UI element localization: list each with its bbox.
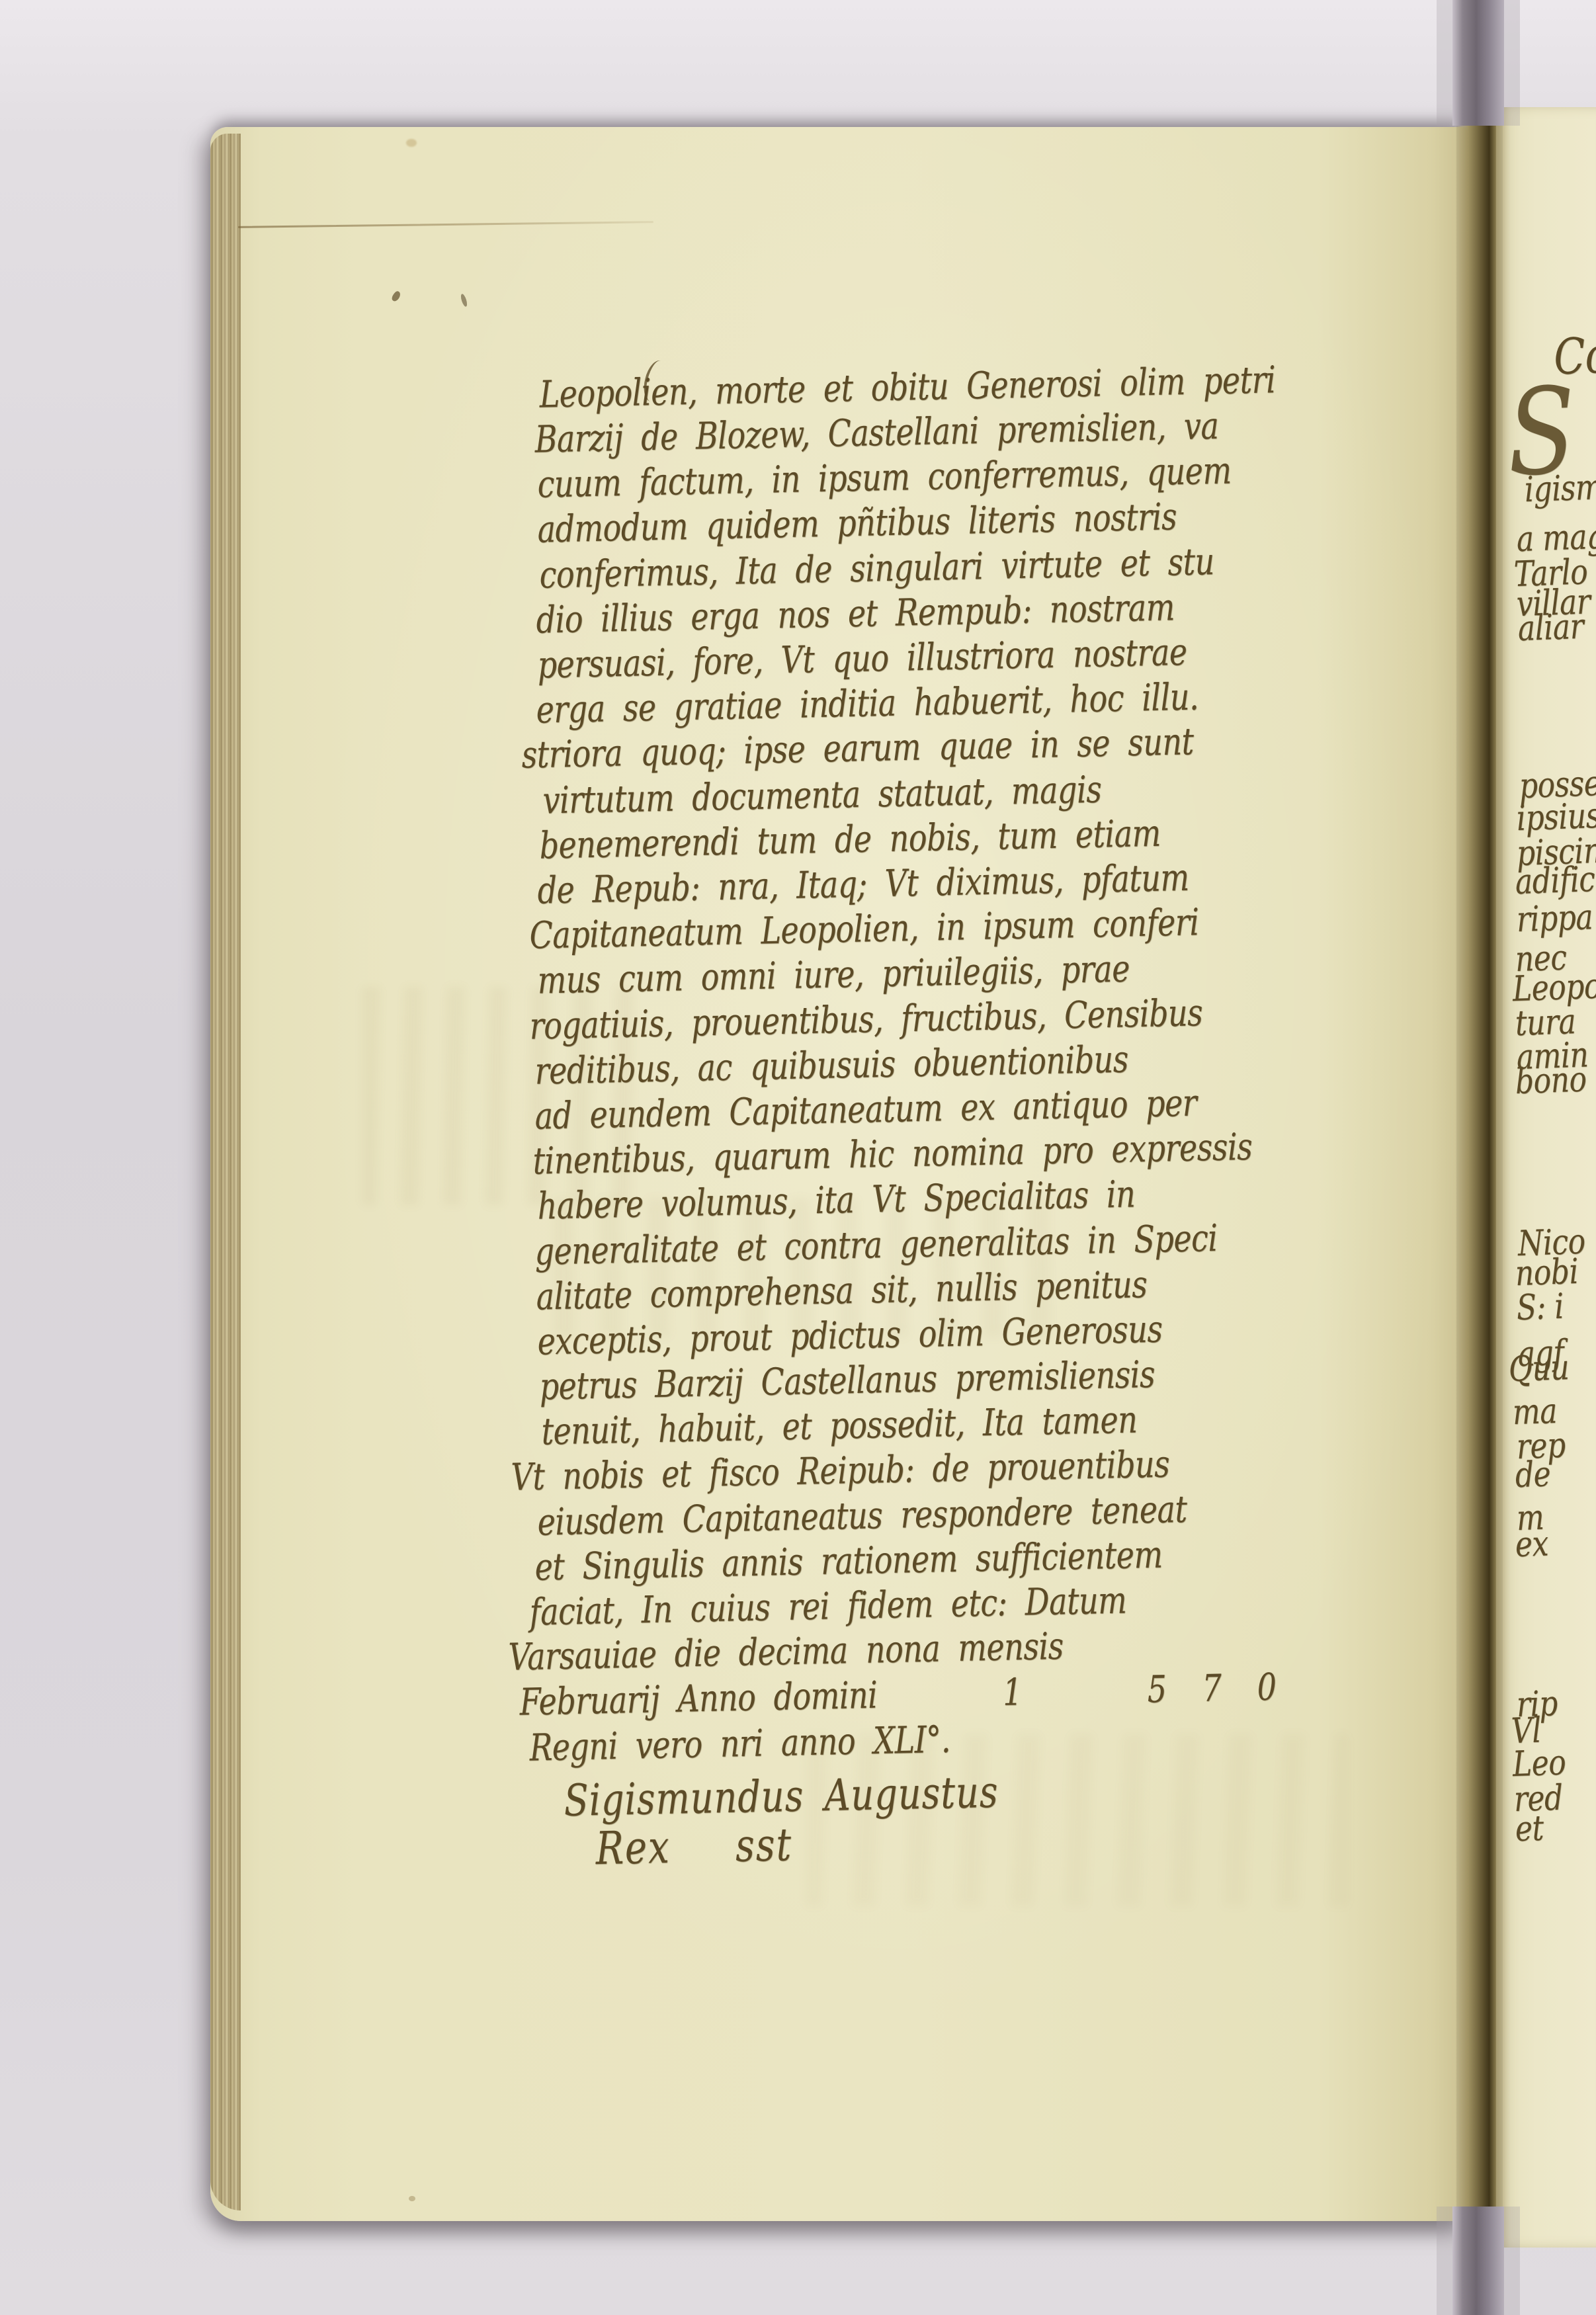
manuscript-line: mus cum omni iure, priuilegiis, prae [537,950,1130,999]
right-page-fragment: Quu [1508,1351,1570,1388]
holder-bar-tint [1456,126,1503,2207]
paper-crack [238,221,653,228]
paper-stain [409,2196,415,2201]
right-page-fragment: Leo [1512,1746,1566,1783]
right-page-fragment: aliar [1517,610,1584,647]
manuscript-line: virtutum documenta statuat, magis [542,771,1102,819]
manuscript-line: alitate comprehensa sit, nullis penitus [536,1265,1148,1315]
manuscript-line: Varsauiae die decima nona mensis [508,1627,1064,1675]
right-page-fragment: de [1515,1457,1551,1494]
holder-bar [1452,2207,1504,2315]
rex-subscription: Rex sst [595,1823,793,1872]
ink-fleck [390,290,401,303]
scan-background: { "left_page": { "lines": [ "Leopolien, … [0,0,1596,2315]
manuscript-line: tenuit, habuit, et possedit, Ita tamen [541,1401,1138,1450]
manuscript-line: reditibus, ac quibusuis obuentionibus [534,1040,1128,1089]
holder-bar [1452,0,1504,126]
right-page-fragment: igismu [1524,470,1596,508]
manuscript-right-page: Co S igismu a mag Tarlo villar aliar pos… [1496,107,1596,2248]
right-page-fragment: nobi [1515,1255,1579,1292]
manuscript-line: habere volumus, ita Vt Specialitas in [537,1175,1136,1224]
manuscript-line: faciat, In cuius rei fidem etc: Datum [529,1581,1127,1630]
right-page-fragment: adific [1515,863,1595,900]
manuscript-line: petrus Barzij Castellanus premisliensis [539,1355,1155,1405]
page-edge-stack [210,134,241,2210]
right-page-fragment: S: i [1516,1290,1564,1326]
right-page-fragment: rippa [1516,900,1593,938]
royal-signature: Sigismundus Augustus [564,1771,999,1823]
right-page-fragment: et [1515,1812,1544,1847]
manuscript-line: Regni vero nri anno XLI°. [529,1720,950,1766]
manuscript-line: exceptis, prout pdictus olim Generosus [537,1310,1163,1360]
right-page-fragment: bono [1515,1062,1587,1100]
paper-stain [406,139,417,147]
ink-fleck [460,293,468,307]
right-page-fragment: ex [1515,1527,1549,1563]
manuscript-line: benemerendi tum de nobis, tum etiam [539,814,1161,864]
